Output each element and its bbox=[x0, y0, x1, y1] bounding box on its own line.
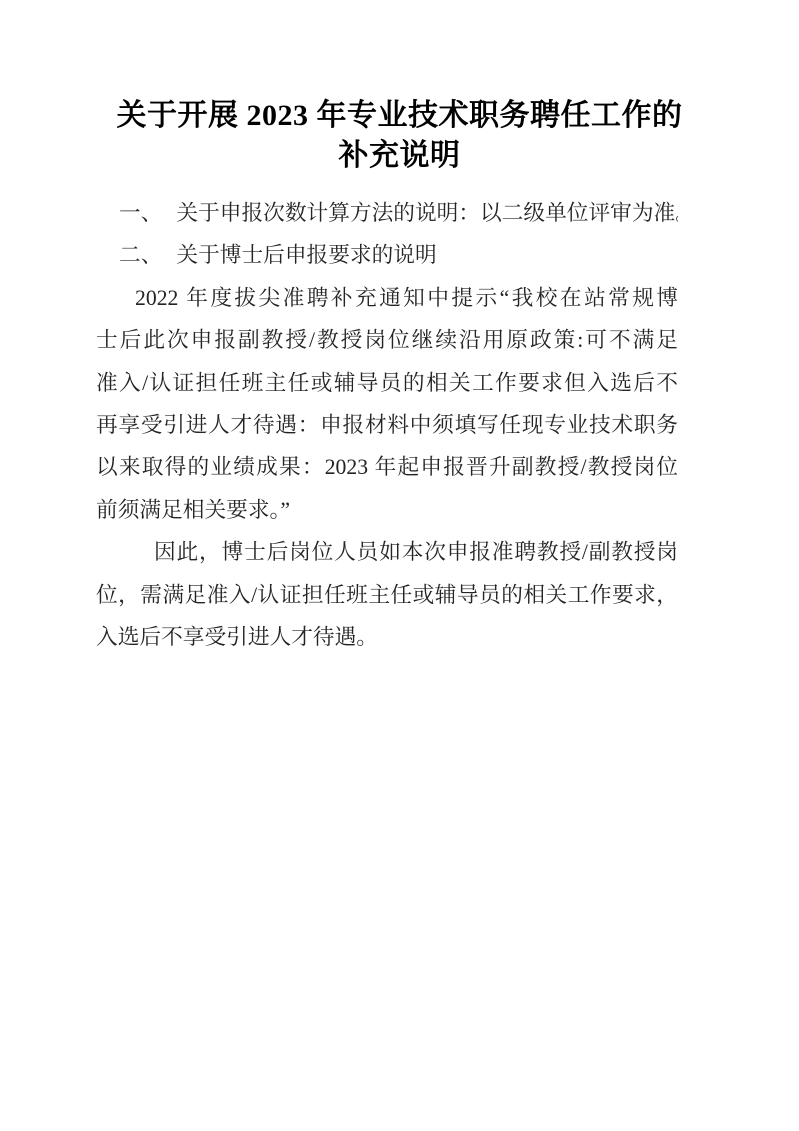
document-title: 关于开展 2023 年专业技术职务聘任工作的 补充说明 bbox=[0, 96, 799, 176]
text-line: 入选后不享受引进人才待遇。 bbox=[96, 616, 678, 658]
list-item-1-text: 关于申报次数计算方法的说明：以二级单位评审为准。 bbox=[176, 192, 678, 234]
document-body: 一、关于申报次数计算方法的说明：以二级单位评审为准。 二、关于博士后申报要求的说… bbox=[96, 192, 678, 658]
list-item-1-marker: 一、 bbox=[119, 192, 162, 234]
text-line: 前须满足相关要求。” bbox=[96, 489, 678, 531]
list-item-2-marker: 二、 bbox=[119, 234, 162, 276]
list-item-1: 一、关于申报次数计算方法的说明：以二级单位评审为准。 bbox=[96, 192, 678, 234]
document-page: 关于开展 2023 年专业技术职务聘任工作的 补充说明 一、关于申报次数计算方法… bbox=[0, 0, 799, 1131]
text-line: 以来取得的业绩成果：2023 年起申报晋升副教授/教授岗位 bbox=[96, 446, 678, 488]
paragraph-1: 2022 年度拔尖准聘补充通知中提示“我校在站常规博 士后此次申报副教授/教授岗… bbox=[96, 277, 678, 531]
title-line-2: 补充说明 bbox=[0, 136, 799, 176]
list-item-2-text: 关于博士后申报要求的说明 bbox=[176, 234, 436, 276]
text-line: 再享受引进人才待遇：申报材料中须填写任现专业技术职务 bbox=[96, 404, 678, 446]
paragraph-2: 因此，博士后岗位人员如本次申报准聘教授/副教授岗 位，需满足准入/认证担任班主任… bbox=[96, 531, 678, 658]
title-line-1: 关于开展 2023 年专业技术职务聘任工作的 bbox=[0, 96, 799, 136]
text-line: 因此，博士后岗位人员如本次申报准聘教授/副教授岗 bbox=[96, 531, 678, 573]
text-line: 2022 年度拔尖准聘补充通知中提示“我校在站常规博 bbox=[96, 277, 678, 319]
list-item-2: 二、关于博士后申报要求的说明 bbox=[96, 234, 678, 276]
text-line: 士后此次申报副教授/教授岗位继续沿用原政策:可不满足 bbox=[96, 319, 678, 361]
text-line: 位，需满足准入/认证担任班主任或辅导员的相关工作要求， bbox=[96, 574, 678, 616]
text-line: 准入/认证担任班主任或辅导员的相关工作要求但入选后不 bbox=[96, 362, 678, 404]
